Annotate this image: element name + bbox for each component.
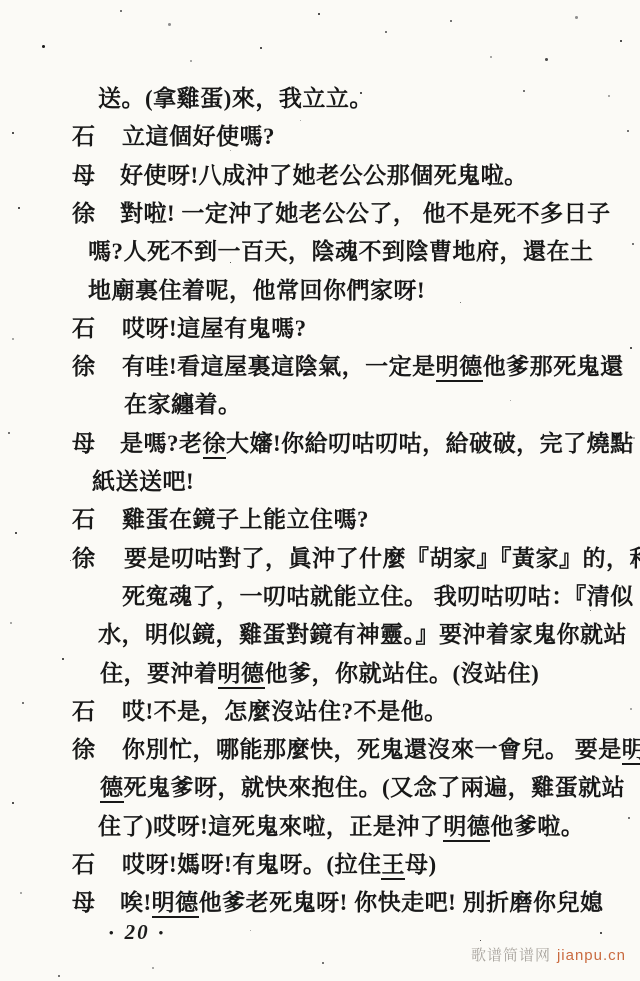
scan-speck [12,132,14,134]
text-run: 死寃魂了，一叨咕就能立住。 我叨咕叨咕：『清似 [122,584,634,609]
page-number-bullet-left: • [109,925,116,940]
speaker-label: 石 [72,850,95,880]
speaker-label: 石 [72,505,95,535]
scan-speck [632,562,634,564]
scan-speck [8,432,10,434]
scan-speck [230,262,231,263]
page-number-value: 20 [125,920,150,944]
speaker-label: 徐 [72,352,95,382]
scan-speck [20,892,22,894]
scan-speck [42,45,45,48]
scan-speck [360,92,362,94]
speaker-label: 徐 [72,735,95,765]
watermark-site-name: 歌谱简谱网 [471,947,551,964]
text-run: 母) [405,852,437,877]
scan-speck [460,302,461,303]
text-run: 嗎?人死不到一百天，陰魂不到陰曹地府，還在土 [88,239,594,264]
dialogue-text: 住了)哎呀!這死鬼來啦，正是沖了明德他爹啦。 [98,812,584,842]
text-run: 你別忙，哪能那麼快，死鬼還沒來一會兒。 要是 [122,737,622,762]
scan-speck [62,658,64,660]
scan-speck [152,967,154,969]
text-run: 對啦! 一定沖了她老公公了， 他不是死不多日子 [120,201,611,226]
speaker-label: 石 [72,314,95,344]
speaker-label: 徐 [72,199,95,229]
scan-speck [18,207,20,209]
dialogue-text: 哎!不是，怎麼沒站住?不是他。 [122,697,448,727]
scan-speck [632,243,634,245]
scan-speck [12,802,14,804]
scan-speck [620,40,622,42]
scan-speck [168,23,171,26]
scan-speck [10,622,12,624]
page-number: •20• [100,920,174,945]
scan-speck [523,90,525,92]
dialogue-text: 要是叨咕對了，眞沖了什麼『胡家』『黃家』的，和屈 [124,544,640,574]
speaker-label: 母 [72,161,95,191]
watermark: 歌谱简谱网jianpu.cn [471,944,626,965]
proper-name-mark: 王 [381,852,405,880]
scan-speck [190,60,192,62]
proper-name-mark: 明德 [436,354,483,382]
dialogue-line: 石雞蛋在鏡子上能立住嗎? [0,505,640,539]
text-run: 要是叨咕對了，眞沖了什麼『胡家』『黃家』的，和屈 [124,546,640,571]
watermark-site-url: jianpu.cn [557,947,626,964]
dialogue-line: 德死鬼爹呀，就快來抱住。(又念了兩遍，雞蛋就站 [0,773,640,807]
dialogue-line: 嗎?人死不到一百天，陰魂不到陰曹地府，還在土 [0,237,640,271]
scan-speck [12,338,14,340]
scan-speck [22,702,24,704]
proper-name-mark: 徐 [203,431,227,459]
dialogue-text: 好使呀!八成沖了她老公公那個死鬼啦。 [120,161,528,191]
scan-speck [58,975,60,977]
dialogue-text: 紙送送吧! [92,467,194,497]
text-run: 唉! [120,890,152,915]
scan-speck [15,532,17,534]
dialogue-line: 石立這個好使嗎? [0,122,640,156]
scan-speck [300,120,301,121]
proper-name-mark: 明德 [218,661,265,689]
proper-name-mark: 明德 [152,890,199,918]
dialogue-line: 徐有哇!看這屋裏這陰氣，一定是明德他爹那死鬼還 [0,352,640,386]
dialogue-text: 哎呀!這屋有鬼嗎? [122,314,307,344]
scan-speck [630,708,632,710]
scan-speck [250,930,251,931]
text-run: 大嬸!你給叨咕叨咕，給破破，完了燒點 [226,431,634,456]
scanned-script-page: 送。(拿雞蛋)來，我立立。石立這個好使嗎?母好使呀!八成沖了她老公公那個死鬼啦。… [0,0,640,981]
scan-speck [575,16,578,19]
speaker-label: 母 [72,888,95,918]
speaker-label: 母 [72,429,95,459]
dialogue-line: 徐你別忙，哪能那麼快，死鬼還沒來一會兒。 要是明 [0,735,640,769]
scan-speck [480,940,481,941]
text-run: 立這個好使嗎? [122,124,275,149]
dialogue-text: 對啦! 一定沖了她老公公了， 他不是死不多日子 [120,199,611,229]
text-run: 住，要沖着 [100,661,218,686]
scan-speck [630,347,632,349]
dialogue-text: 有哇!看這屋裏這陰氣，一定是明德他爹那死鬼還 [122,352,624,382]
dialogue-text: 水，明似鏡，雞蛋對鏡有神靈。』要沖着家鬼你就站 [98,620,627,650]
scan-speck [322,962,324,964]
dialogue-text: 住，要沖着明德他爹，你就站住。(沒站住) [100,659,539,689]
dialogue-text: 你別忙，哪能那麼快，死鬼還沒來一會兒。 要是明 [122,735,640,765]
scan-speck [90,250,91,251]
dialogue-line: 地廟裏住着呢，他常回你們家呀! [0,276,640,310]
dialogue-line: 石哎呀!這屋有鬼嗎? [0,314,640,348]
text-run: 是嗎?老 [120,431,203,456]
text-run: 水，明似鏡，雞蛋對鏡有神靈。』要沖着家鬼你就站 [98,622,627,647]
dialogue-text: 地廟裏住着呢，他常回你們家呀! [88,276,425,306]
scan-speck [510,400,511,401]
dialogue-line: 送。(拿雞蛋)來，我立立。 [0,84,640,118]
dialogue-text: 是嗎?老徐大嬸!你給叨咕叨咕，給破破，完了燒點 [120,429,634,459]
text-run: 他爹啦。 [490,814,584,839]
dialogue-text: 死寃魂了，一叨咕就能立住。 我叨咕叨咕：『清似 [122,582,634,612]
text-run: 哎呀!媽呀!有鬼呀。(拉住 [122,852,381,877]
dialogue-text: 雞蛋在鏡子上能立住嗎? [122,505,369,535]
scan-speck [450,20,452,22]
scan-speck [627,130,629,132]
speaker-label: 石 [72,697,95,727]
scan-speck [608,95,610,97]
dialogue-text: 德死鬼爹呀，就快來抱住。(又念了兩遍，雞蛋就站 [100,773,625,803]
speaker-label: 石 [72,122,95,152]
dialogue-line: 徐對啦! 一定沖了她老公公了， 他不是死不多日子 [0,199,640,233]
text-run: 雞蛋在鏡子上能立住嗎? [122,507,369,532]
proper-name-mark: 明德 [443,814,490,842]
dialogue-text: 嗎?人死不到一百天，陰魂不到陰曹地府，還在土 [88,237,594,267]
dialogue-text: 在家纏着。 [124,390,242,420]
dialogue-line: 徐要是叨咕對了，眞沖了什麼『胡家』『黃家』的，和屈 [0,544,640,578]
text-run: 住了)哎呀!這死鬼來啦，正是沖了 [98,814,443,839]
dialogue-line: 紙送送吧! [0,467,640,501]
scan-speck [318,13,320,15]
text-run: 他爹，你就站住。(沒站住) [265,661,540,686]
scan-speck [260,47,262,49]
dialogue-line: 住了)哎呀!這死鬼來啦，正是沖了明德他爹啦。 [0,812,640,846]
dialogue-line: 住，要沖着明德他爹，你就站住。(沒站住) [0,659,640,693]
dialogue-line: 母好使呀!八成沖了她老公公那個死鬼啦。 [0,161,640,195]
dialogue-text: 立這個好使嗎? [122,122,275,152]
speaker-label: 徐 [72,544,95,574]
dialogue-line: 死寃魂了，一叨咕就能立住。 我叨咕叨咕：『清似 [0,582,640,616]
text-run: 在家纏着。 [124,392,242,417]
text-run: 他爹老死鬼呀! 你快走吧! 別折磨你兒媳 [199,890,604,915]
text-run: 他爹那死鬼還 [483,354,624,379]
scan-speck [70,560,71,561]
dialogue-line: 水，明似鏡，雞蛋對鏡有神靈。』要沖着家鬼你就站 [0,620,640,654]
scan-speck [385,31,387,33]
dialogue-line: 石哎!不是，怎麼沒站住?不是他。 [0,697,640,731]
text-run: 紙送送吧! [92,469,194,494]
dialogue-line: 在家纏着。 [0,390,640,424]
text-run: 有哇!看這屋裏這陰氣，一定是 [122,354,436,379]
text-run: 地廟裏住着呢，他常回你們家呀! [88,278,425,303]
text-run: 死鬼爹呀，就快來抱住。(又念了兩遍，雞蛋就站 [124,775,626,800]
text-run: 送。(拿雞蛋)來，我立立。 [98,86,373,111]
scan-speck [545,58,548,61]
scan-speck [633,437,635,439]
dialogue-text: 送。(拿雞蛋)來，我立立。 [98,84,373,114]
scan-speck [600,932,602,934]
dialogue-line: 石哎呀!媽呀!有鬼呀。(拉住王母) [0,850,640,884]
scan-speck [590,610,591,611]
scan-speck [560,252,562,254]
dialogue-text: 哎呀!媽呀!有鬼呀。(拉住王母) [122,850,437,880]
scan-speck [490,56,492,58]
text-run: 哎呀!這屋有鬼嗎? [122,316,307,341]
text-run: 哎!不是，怎麼沒站住?不是他。 [122,699,448,724]
scan-speck [628,817,630,819]
scan-speck [230,150,231,151]
text-run: 好使呀!八成沖了她老公公那個死鬼啦。 [120,163,528,188]
dialogue-line: 母是嗎?老徐大嬸!你給叨咕叨咕，給破破，完了燒點 [0,429,640,463]
proper-name-mark: 明 [622,737,640,765]
proper-name-mark: 德 [100,775,124,803]
scan-speck [420,180,421,181]
page-number-bullet-right: • [159,925,166,940]
dialogue-line: 母唉!明德他爹老死鬼呀! 你快走吧! 別折磨你兒媳 [0,888,640,922]
dialogue-text: 唉!明德他爹老死鬼呀! 你快走吧! 別折磨你兒媳 [120,888,604,918]
scan-speck [120,10,122,12]
